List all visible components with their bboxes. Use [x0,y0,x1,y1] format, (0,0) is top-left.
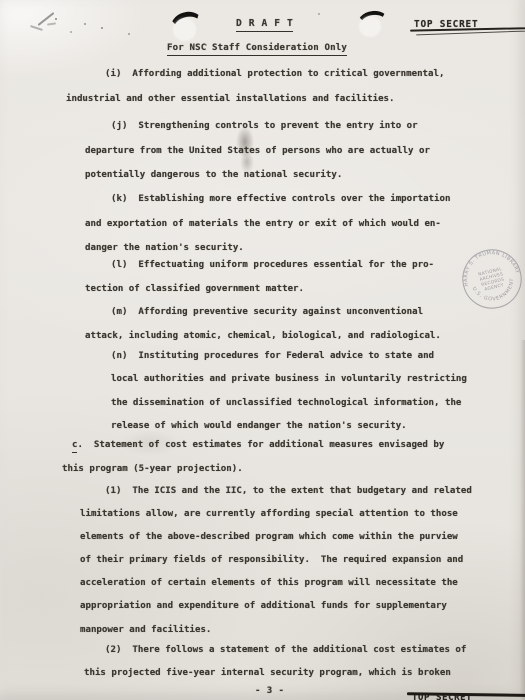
page-number: - 3 - [255,686,284,696]
pencil-stroke [47,22,56,25]
paragraph-n: (n) Instituting procedures for Federal a… [111,345,467,439]
paragraph-k: (k) Establishing more effective controls… [85,187,450,261]
classification-top: TOP SECRET [414,19,525,30]
paragraph-c: c. Statement of cost estimates for addit… [62,434,444,481]
paper-speck [70,31,72,33]
scanned-document-page: D R A F T TOP SECRET For NSC Staff Consi… [0,0,525,700]
punch-hole-opening [360,17,380,36]
page-edge-shadow [520,340,525,700]
archive-stamp: HARRY S. TRUMAN LIBRARY U.S. GOVERNMENT … [451,238,525,320]
document-subtitle: For NSC Staff Consideration Only [167,43,347,56]
paragraph-m: (m) Affording preventive security agains… [85,300,441,348]
draft-heading: D R A F T [236,18,293,32]
punch-hole-opening [174,19,195,40]
punch-hole-right [355,8,387,40]
pencil-stroke [30,25,43,31]
paragraph-l: (l) Effectuating uniform procedures esse… [85,253,434,301]
paragraph-i: (i) Affording additional protection to c… [66,62,444,111]
classification-bottom: TOP SECRET [412,693,525,700]
paper-speck [55,18,57,20]
paragraph-j: (j) Strengthening controls to prevent th… [85,114,430,188]
paper-speck [84,23,86,25]
paragraph-1: (1) The ICIS and the IIC, to the extent … [80,480,472,642]
stamp-center-text: NATIONAL ARCHIVES RECORDS AGENCY [478,266,507,293]
paragraph-2: (2) There follows a statement of the add… [84,639,466,684]
paper-speck [101,27,103,29]
paper-speck [318,13,320,15]
punch-hole-left [168,10,202,44]
paragraph-c-text: . Statement of cost estimates for additi… [62,440,444,474]
paper-speck [128,33,130,35]
